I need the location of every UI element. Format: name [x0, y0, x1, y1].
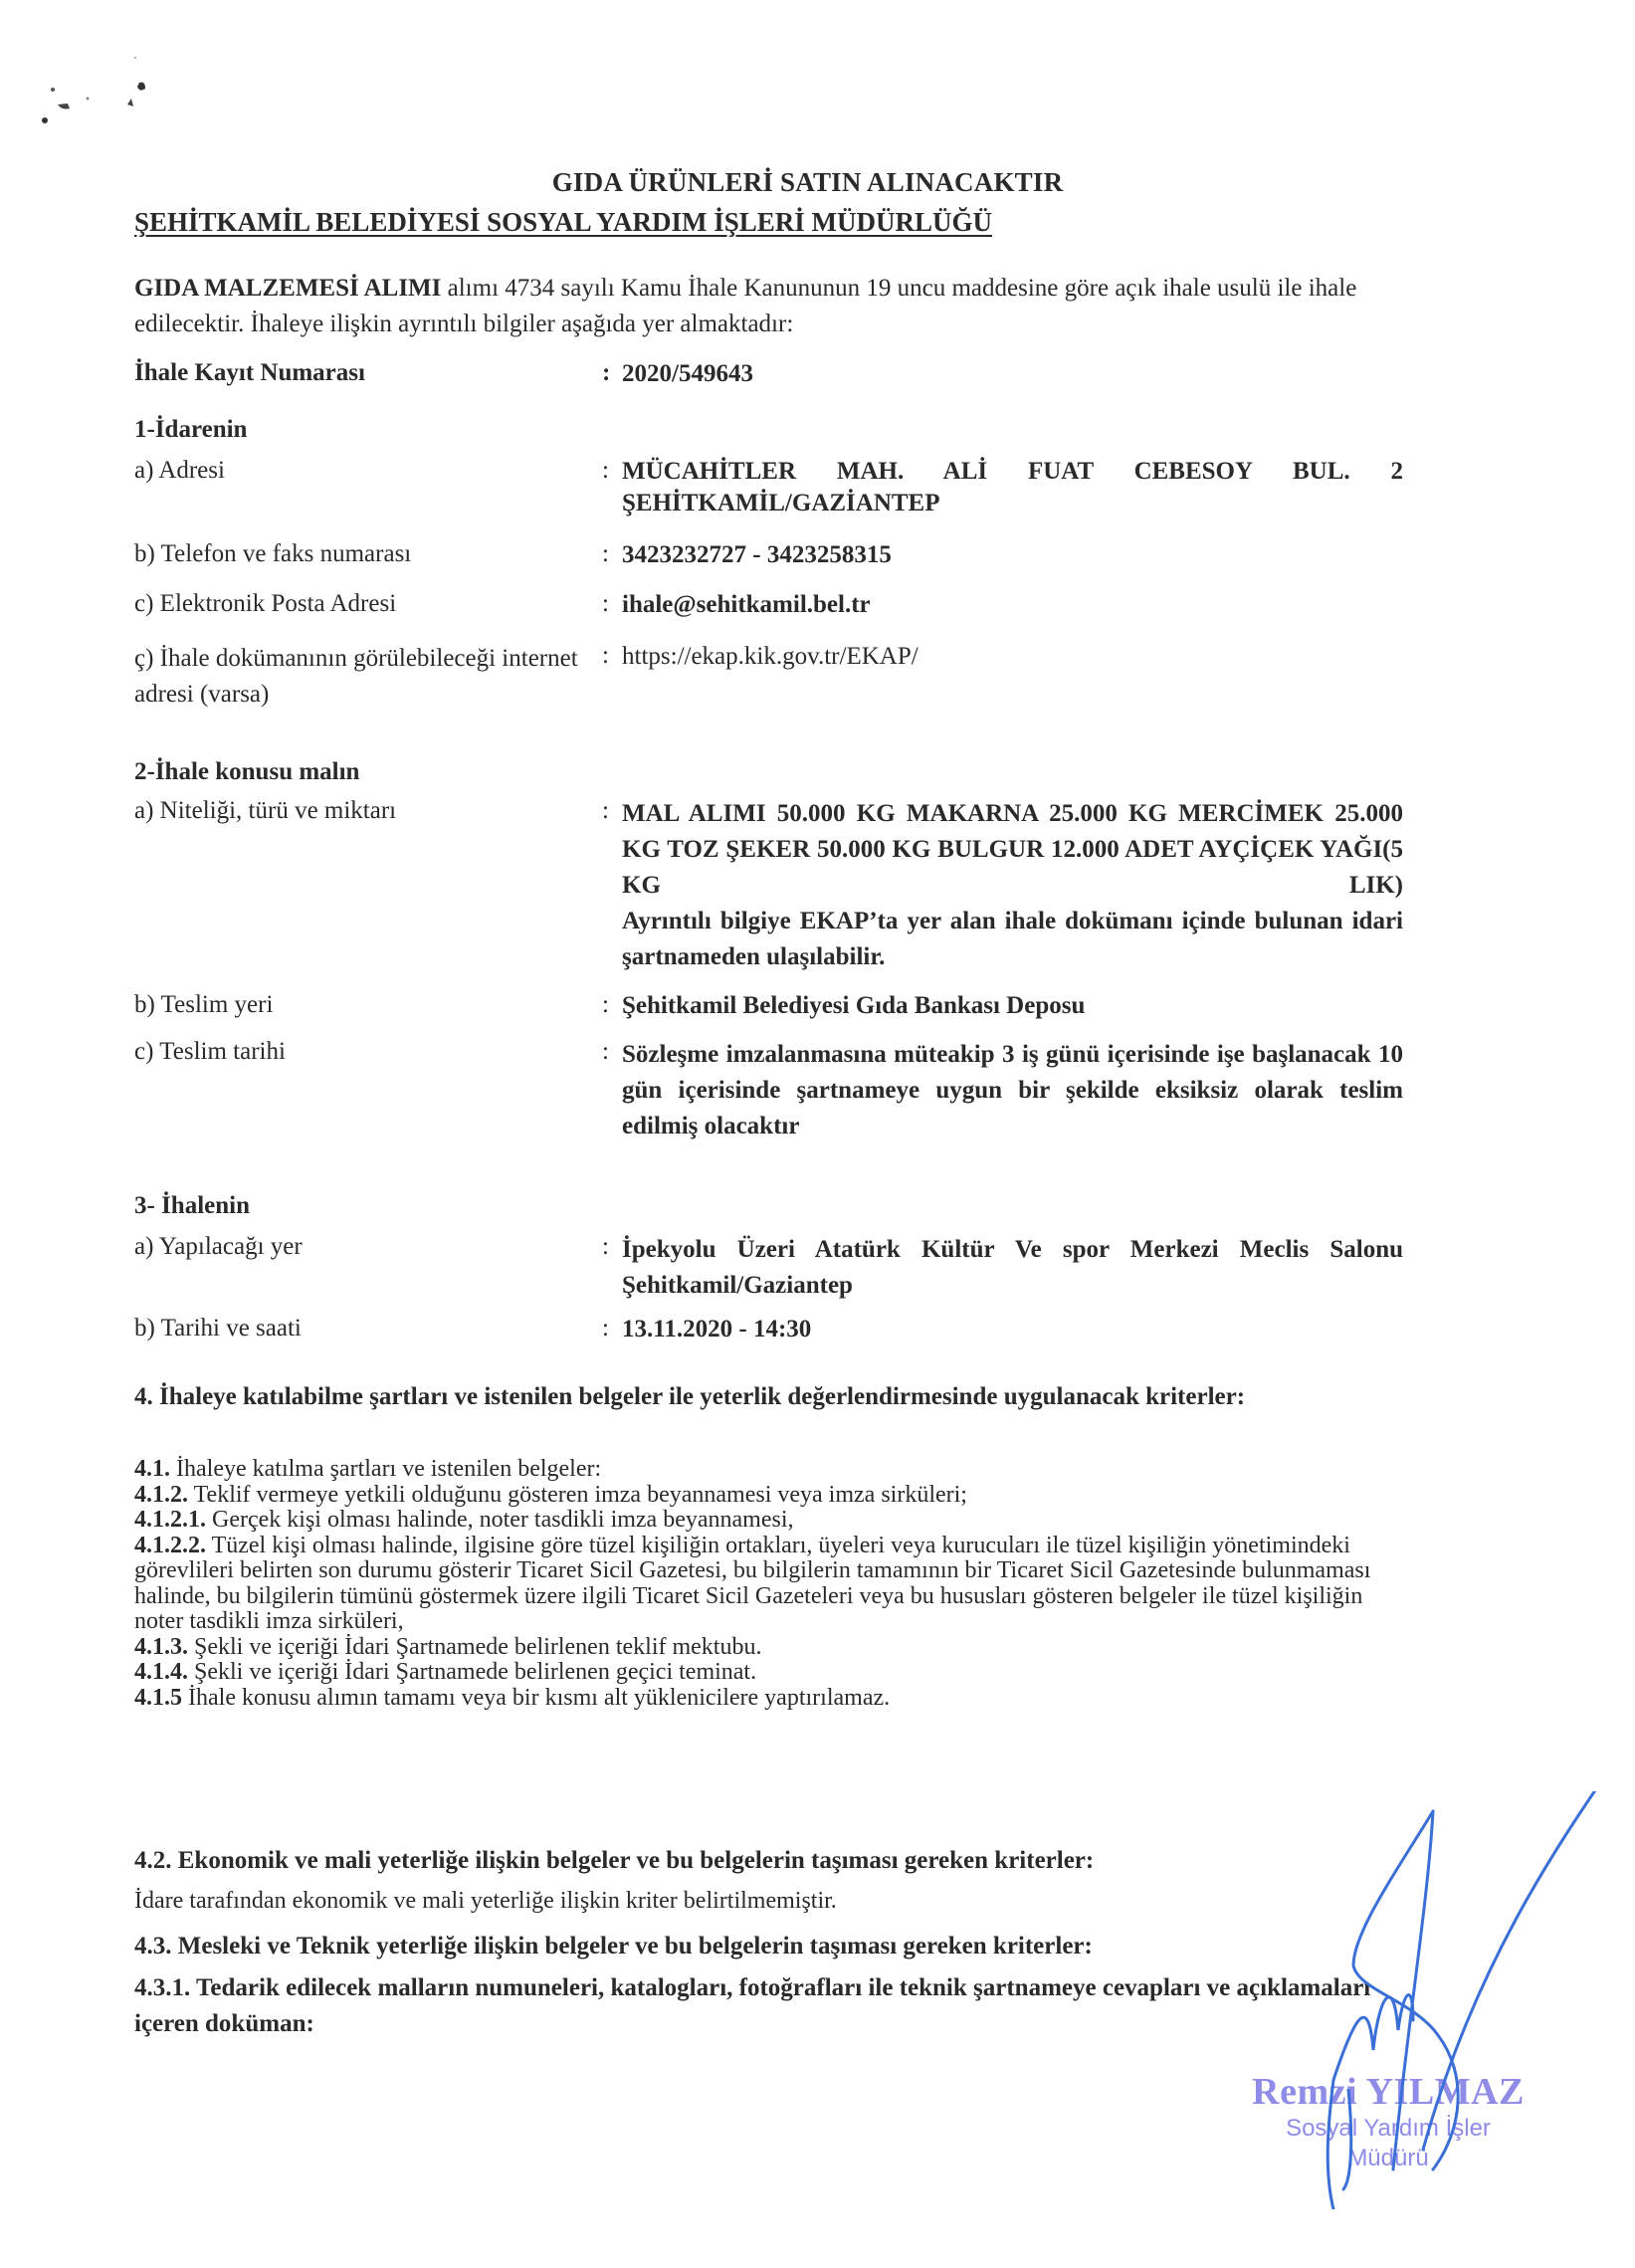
address-value: MÜCAHİTLER MAH. ALİ FUAT CEBESOY BUL. 2 …: [622, 456, 1403, 519]
registration-value: 2020/549643: [622, 358, 1403, 390]
nature-label: a) Niteliği, türü ve miktarı: [134, 796, 602, 826]
delivery-place-label: b) Teslim yeri: [134, 990, 602, 1020]
technical-item: 4.3.1. Tedarik edilecek malların numunel…: [134, 1970, 1378, 2042]
economic-heading: 4.2. Ekonomik ve mali yeterliğe ilişkin …: [134, 1843, 1408, 1879]
section1-heading: 1-İdarenin: [134, 416, 247, 444]
section3-heading: 3- İhalenin: [134, 1192, 250, 1220]
web-value[interactable]: https://ekap.kik.gov.tr/EKAP/: [622, 641, 1403, 673]
item-number: 4.1.3.: [134, 1634, 188, 1660]
item-text: Gerçek kişi olması halinde, noter tasdik…: [206, 1507, 794, 1533]
item-text: Tüzel kişi olması halinde, ilgisine göre…: [134, 1533, 1370, 1635]
stamp-role-line2: Müdürü: [1219, 2144, 1557, 2173]
registration-label: İhale Kayıt Numarası: [134, 358, 602, 388]
item-number: 4.1.2.1.: [134, 1507, 206, 1533]
item-number: 4.1.2.2.: [134, 1533, 206, 1558]
stamp-role-line1: Sosyal Yardım İşler: [1219, 2114, 1557, 2144]
intro-paragraph: GIDA MALZEMESİ ALIMI alımı 4734 sayılı K…: [134, 271, 1403, 342]
item-number: 4.1.2.: [134, 1482, 188, 1508]
item-number: 4.1.: [134, 1456, 170, 1482]
item-number: 4.1.5: [134, 1685, 182, 1711]
web-label: ç) İhale dokümanının görülebileceği inte…: [134, 641, 602, 713]
place-value: İpekyolu Üzeri Atatürk Kültür Ve spor Me…: [622, 1232, 1403, 1304]
section4-item: 4.1.2.1. Gerçek kişi olması halinde, not…: [134, 1508, 1408, 1534]
phone-label: b) Telefon ve faks numarası: [134, 539, 602, 569]
phone-value: 3423232727 - 3423258315: [622, 539, 1403, 571]
technical-heading: 4.3. Mesleki ve Teknik yeterliğe ilişkin…: [134, 1929, 1408, 1964]
section4-item: 4.1.4. Şekli ve içeriği İdari Şartnamede…: [134, 1660, 1408, 1686]
economic-text: İdare tarafından ekonomik ve mali yeterl…: [134, 1889, 1408, 1915]
section4-item: 4.1. İhaleye katılma şartları ve istenil…: [134, 1457, 1408, 1483]
delivery-date-label: c) Teslim tarihi: [134, 1037, 602, 1067]
nature-value: MAL ALIMI 50.000 KG MAKARNA 25.000 KG ME…: [622, 796, 1403, 975]
email-value[interactable]: ihale@sehitkamil.bel.tr: [622, 589, 1403, 621]
item-text: Şekli ve içeriği İdari Şartnamede belirl…: [188, 1634, 761, 1660]
document-subtitle: ŞEHİTKAMİL BELEDİYESİ SOSYAL YARDIM İŞLE…: [134, 207, 992, 238]
place-label: a) Yapılacağı yer: [134, 1232, 602, 1262]
section4-heading: 4. İhaleye katılabilme şartları ve isten…: [134, 1379, 1408, 1415]
datetime-value: 13.11.2020 - 14:30: [622, 1314, 1403, 1345]
section4-item: 4.1.2.2. Tüzel kişi olması halinde, ilgi…: [134, 1534, 1408, 1635]
delivery-place-value: Şehitkamil Belediyesi Gıda Bankası Depos…: [622, 990, 1403, 1022]
address-label: a) Adresi: [134, 456, 602, 486]
intro-lead: GIDA MALZEMESİ ALIMI: [134, 275, 441, 302]
section4-item: 4.1.2. Teklif vermeye yetkili olduğunu g…: [134, 1483, 1408, 1509]
item-number: 4.1.4.: [134, 1659, 188, 1685]
item-text: Teklif vermeye yetkili olduğunu gösteren…: [188, 1482, 967, 1508]
delivery-date-value: Sözleşme imzalanmasına müteakip 3 iş gün…: [622, 1037, 1403, 1144]
stamp-name: Remzi YILMAZ: [1219, 2070, 1557, 2114]
item-text: Şekli ve içeriği İdari Şartnamede belirl…: [188, 1659, 756, 1685]
document-title: GIDA ÜRÜNLERİ SATIN ALINACAKTIR: [0, 167, 1635, 198]
section2-heading: 2-İhale konusu malın: [134, 758, 359, 786]
email-label: c) Elektronik Posta Adresi: [134, 589, 602, 619]
section4-item: 4.1.5 İhale konusu alımın tamamı veya bi…: [134, 1686, 1408, 1712]
section4-list: 4.1. İhaleye katılma şartları ve istenil…: [134, 1457, 1408, 1711]
item-text: İhale konusu alımın tamamı veya bir kısm…: [182, 1685, 890, 1711]
nature-note: Ayrıntılı bilgiye EKAP’ta yer alan ihale…: [622, 904, 1403, 975]
item-text: İhaleye katılma şartları ve istenilen be…: [170, 1456, 601, 1482]
official-stamp: Remzi YILMAZ Sosyal Yardım İşler Müdürü: [1219, 2070, 1557, 2173]
datetime-label: b) Tarihi ve saati: [134, 1314, 602, 1343]
section4-item: 4.1.3. Şekli ve içeriği İdari Şartnamede…: [134, 1635, 1408, 1661]
scan-artifact-marks: [40, 55, 179, 134]
